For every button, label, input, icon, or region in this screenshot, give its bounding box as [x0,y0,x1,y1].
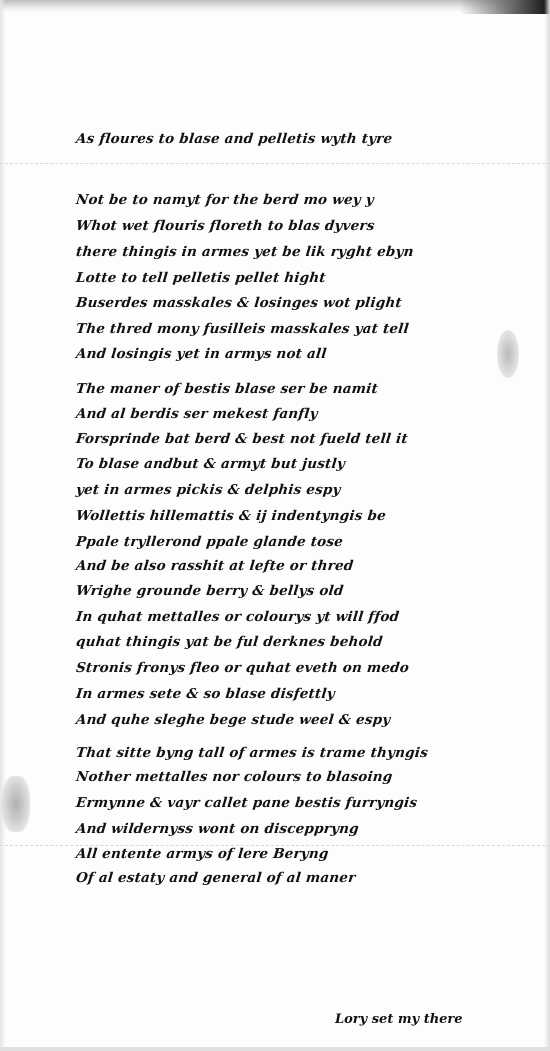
manuscript-line: Buserdes masskales & losinges wot plight [75,295,403,311]
manuscript-page: As floures to blase and pelletis wyth ty… [0,0,550,1051]
manuscript-line: The maner of bestis blase ser be namit [75,381,379,397]
manuscript-line: Lotte to tell pelletis pellet hight [75,270,326,286]
manuscript-line: Of al estaty and general of al maner [75,870,356,886]
catchword: Lory set my there [335,1012,463,1027]
manuscript-line: In armes sete & so blase disfettly [75,686,335,702]
manuscript-line: Ppale tryllerond ppale glande tose [75,534,344,550]
manuscript-line: Wollettis hillemattis & ij indentyngis b… [75,508,387,524]
manuscript-line: To blase andbut & armyt but justly [75,456,346,472]
manuscript-line: And wildernyss wont on disceppryng [75,821,359,837]
manuscript-line: Ermynne & vayr callet pane bestis furryn… [75,795,418,811]
manuscript-line: That sitte byng tall of armes is trame t… [75,745,429,761]
paper-stain [2,776,30,832]
manuscript-line: Not be to namyt for the berd mo wey y [75,192,374,208]
manuscript-line: And losingis yet in armys not all [75,346,327,362]
manuscript-line: And quhe sleghe bege stude weel & espy [75,712,391,728]
manuscript-line: quhat thingis yat be ful derknes behold [75,634,383,650]
page-bottom-edge [0,1047,550,1051]
manuscript-line: Nother mettalles nor colours to blasoing [75,769,393,785]
ruling-line [0,163,550,165]
manuscript-line: Stronis fronys fleo or quhat eveth on me… [75,660,410,676]
page-right-edge [544,0,550,1051]
manuscript-line: there thingis in armes yet be lik ryght … [75,244,414,260]
manuscript-line: yet in armes pickis & delphis espy [75,482,341,498]
manuscript-line: Wrighe grounde berry & bellys old [75,583,344,599]
page-left-edge [0,0,6,1051]
manuscript-line: Whot wet flouris floreth to blas dyvers [75,218,375,234]
manuscript-line: And be also rasshit at lefte or thred [75,558,354,574]
page-corner-shadow [460,0,550,14]
manuscript-line: All entente armys of lere Beryng [75,846,329,862]
manuscript-line: Forsprinde bat berd & best not fueld tel… [75,431,409,447]
paper-stain [497,330,519,378]
manuscript-line: The thred mony fusilleis masskales yat t… [75,321,410,337]
manuscript-line: And al berdis ser mekest fanfly [75,406,318,422]
manuscript-line: As floures to blase and pelletis wyth ty… [75,131,393,147]
manuscript-line: In quhat mettalles or colourys yt will f… [75,609,400,625]
